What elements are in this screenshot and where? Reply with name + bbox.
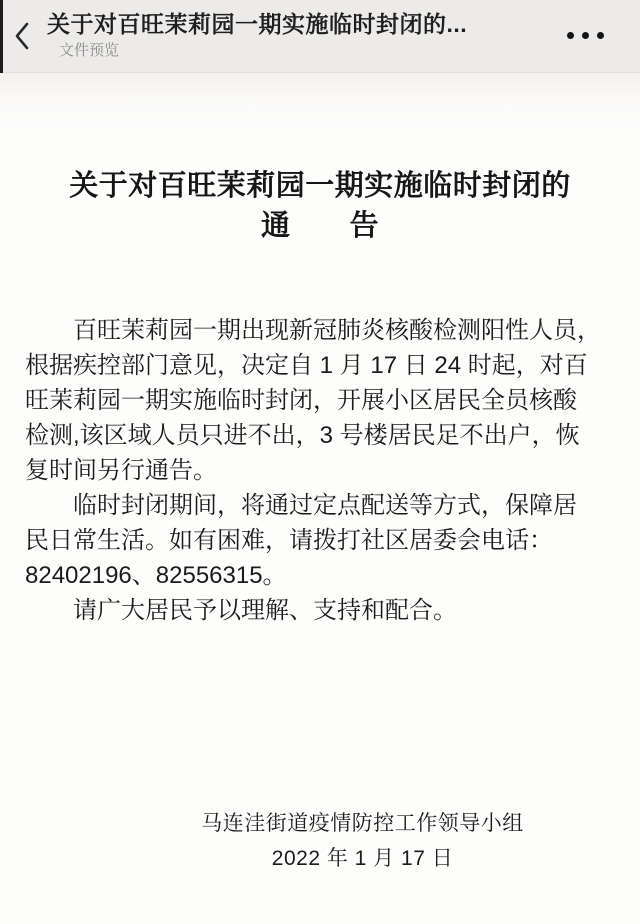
ellipsis-icon [567,32,574,39]
document-title-line2: 通 告 [0,206,640,246]
paragraph-line: 82402196、82556315。 [25,558,640,593]
screen-edge-strip [0,0,3,73]
more-menu-button[interactable] [565,28,606,43]
paragraph-line: 检测,该区域人员只进不出，3 号楼居民足不出户，恢 [25,418,640,453]
date: 2022 年 1 月 17 日 [272,841,453,876]
paragraph-line: 百旺茉莉园一期出现新冠肺炎核酸检测阳性人员， [25,313,640,348]
document-preview-area[interactable]: 关于对百旺茉莉园一期实施临时封闭的 通 告 百旺茉莉园一期出现新冠肺炎核酸检测阳… [0,73,640,924]
paragraph-line: 根据疾控部门意见，决定自 1 月 17 日 24 时起，对百 [25,348,640,383]
app-header: 关于对百旺茉莉园一期实施临时封闭的... 文件预览 [0,0,640,73]
ellipsis-icon [582,32,589,39]
signature-block: 马连洼街道疫情防控工作领导小组 2022 年 1 月 17 日 [85,806,640,876]
header-subtitle: 文件预览 [59,41,557,61]
paragraph-line: 请广大居民予以理解、支持和配合。 [25,593,640,628]
paragraph-line: 旺茉莉园一期实施临时封闭，开展小区居民全员核酸 [25,383,640,418]
ellipsis-icon [597,32,604,39]
paragraph-line: 临时封闭期间，将通过定点配送等方式，保障居 [25,488,640,523]
signature: 马连洼街道疫情防控工作领导小组 [201,806,524,841]
file-preview-screen: 关于对百旺茉莉园一期实施临时封闭的... 文件预览 关于对百旺茉莉园一期实施临时… [0,0,640,924]
chevron-left-icon [13,21,31,51]
header-title-block: 关于对百旺茉莉园一期实施临时封闭的... 文件预览 [47,0,557,61]
document-body: 百旺茉莉园一期出现新冠肺炎核酸检测阳性人员， 根据疾控部门意见，决定自 1 月 … [0,313,640,628]
paragraph-line: 复时间另行通告。 [25,453,640,488]
back-button[interactable] [10,20,34,52]
header-title: 关于对百旺茉莉园一期实施临时封闭的... [47,8,557,40]
document-title: 关于对百旺茉莉园一期实施临时封闭的 通 告 [0,166,640,246]
document-title-line1: 关于对百旺茉莉园一期实施临时封闭的 [0,166,640,206]
paragraph-line: 民日常生活。如有困难，请拨打社区居委会电话： [25,523,640,558]
